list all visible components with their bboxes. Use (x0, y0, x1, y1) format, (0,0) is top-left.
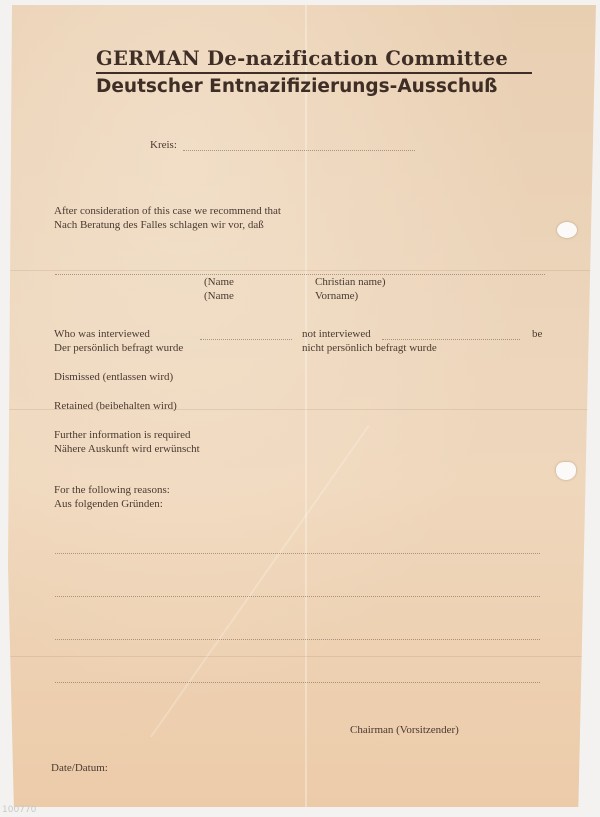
not-interviewed-english: not interviewed (302, 328, 371, 340)
name-field[interactable] (55, 274, 545, 275)
further-info-german: Nähere Auskunft wird erwünscht (54, 443, 200, 455)
diagonal-crease (150, 425, 370, 737)
date-label: Date/Datum: (51, 762, 108, 774)
reasons-german: Aus folgenden Gründen: (54, 498, 163, 510)
reason-line-3[interactable] (55, 639, 540, 640)
punch-hole (556, 462, 576, 480)
vorname-label: Vorname) (315, 290, 358, 302)
not-interviewed-german: nicht persönlich befragt wurde (302, 342, 437, 354)
punch-hole (557, 222, 577, 238)
retained-option[interactable]: Retained (beibehalten wird) (54, 400, 177, 412)
be-label: be (532, 328, 542, 340)
horizontal-fold (8, 656, 596, 657)
interviewed-field[interactable] (200, 339, 292, 340)
recommend-english: After consideration of this case we reco… (54, 205, 281, 217)
kreis-field[interactable] (183, 150, 415, 151)
title-rule (96, 72, 532, 74)
christian-name-label: Christian name) (315, 276, 386, 288)
reasons-english: For the following reasons: (54, 484, 170, 496)
interviewed-english: Who was interviewed (54, 328, 150, 340)
reason-line-1[interactable] (55, 553, 540, 554)
reason-line-2[interactable] (55, 596, 540, 597)
interviewed-german: Der persönlich befragt wurde (54, 342, 183, 354)
dismissed-option[interactable]: Dismissed (entlassen wird) (54, 371, 173, 383)
horizontal-fold (8, 270, 596, 271)
not-interviewed-field[interactable] (382, 339, 520, 340)
title-english: GERMAN De-nazification Committee (96, 47, 532, 70)
name-label-english: (Name (204, 276, 234, 288)
kreis-label: Kreis: (150, 139, 177, 151)
title-german: Deutscher Entnazifizierungs-Ausschuß (96, 76, 532, 97)
reason-line-4[interactable] (55, 682, 540, 683)
name-label-german: (Name (204, 290, 234, 302)
watermark-id: 100770 (2, 805, 36, 815)
chairman-label: Chairman (Vorsitzender) (350, 724, 459, 736)
further-info-english[interactable]: Further information is required (54, 429, 191, 441)
vertical-fold (305, 5, 307, 807)
recommend-german: Nach Beratung des Falles schlagen wir vo… (54, 219, 264, 231)
